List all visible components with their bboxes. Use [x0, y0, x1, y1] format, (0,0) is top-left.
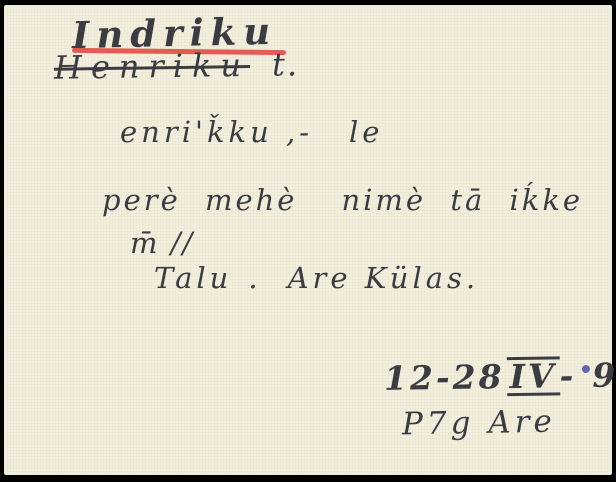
village-text: Are Külas. [288, 261, 480, 295]
scan-background: Indriku Henrikut. enri'ǩku ,-le perè meh… [0, 0, 616, 482]
description-part2: nimè tā iḱke [341, 183, 583, 217]
blue-ink-dot-icon [582, 365, 590, 373]
crossed-out-name: Henriku [54, 46, 250, 87]
dialect-case-ending: le [349, 115, 383, 149]
description-part1: perè mehè [102, 183, 297, 217]
index-card: Indriku Henrikut. enri'ǩku ,-le perè meh… [4, 5, 612, 475]
farm-line: Talu.Are Külas. [154, 261, 479, 295]
date-dash: - [559, 356, 576, 395]
crossed-out-line: Henrikut. [54, 45, 300, 86]
dialect-line: enri'ǩku ,-le [120, 115, 383, 149]
abbreviation-mark: m̄ // [130, 226, 194, 260]
date-line: 12-28IV-98 [384, 355, 616, 398]
name-suffix: t. [272, 45, 300, 83]
date-days: 12-28 [384, 357, 505, 398]
separator-dot: . [248, 261, 261, 295]
date-month-roman: IV [506, 356, 560, 396]
farm-word: Talu [154, 261, 232, 295]
date-year: 98 [592, 355, 616, 395]
dialect-word: enri'ǩku ,- [120, 115, 313, 149]
description-line: perè mehènimè tā iḱke [102, 183, 583, 217]
signature: P7g Are [402, 404, 556, 443]
